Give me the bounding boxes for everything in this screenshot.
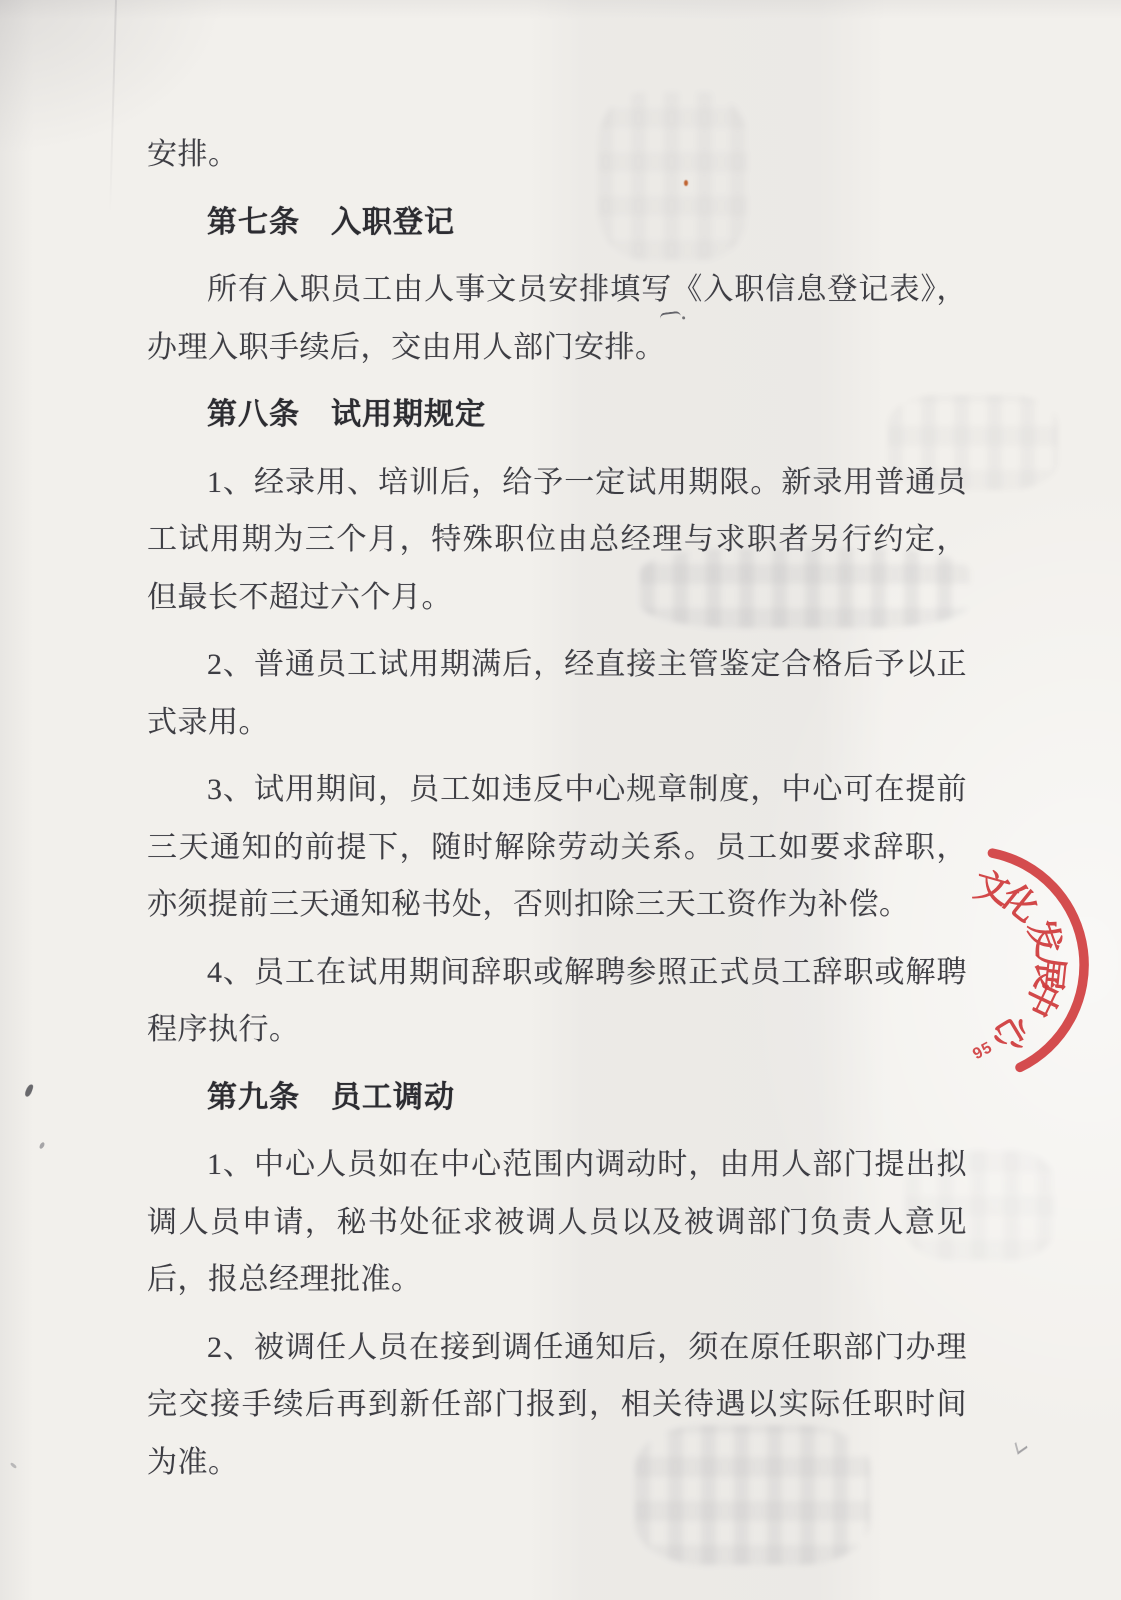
article-heading: 第九条 员工调动	[147, 1069, 967, 1127]
article-heading: 第七条 入职登记	[147, 194, 967, 252]
article-heading: 第八条 试用期规定	[147, 386, 967, 444]
document-paragraph: 2、被调任人员在接到调任通知后，须在原任职部门办理完交接手续后再到新任部门报到，…	[147, 1319, 967, 1492]
scan-speck	[24, 1083, 34, 1097]
document-paragraph: 安排。	[147, 126, 967, 184]
company-stamp: 95 文化发展中心	[870, 820, 1121, 1100]
document-paragraph: 所有入职员工由人事文员安排填写《入职信息登记表》，办理入职手续后，交由用人部门安…	[147, 261, 967, 376]
document-content: 安排。第七条 入职登记所有入职员工由人事文员安排填写《入职信息登记表》，办理入职…	[147, 126, 967, 1501]
document-paragraph: 1、经录用、培训后，给予一定试用期限。新录用普通员工试用期为三个月，特殊职位由总…	[147, 454, 967, 627]
document-paragraph: 4、员工在试用期间辞职或解聘参照正式员工辞职或解聘程序执行。	[147, 944, 967, 1059]
document-paragraph: 1、中心人员如在中心范围内调动时，由用人部门提出拟调人员申请，秘书处征求被调人员…	[147, 1136, 967, 1309]
stamp-number: 95	[970, 1039, 995, 1063]
scan-speck	[39, 1141, 46, 1149]
stamp-character: 发	[1020, 915, 1069, 961]
page-background: 安排。第七条 入职登记所有入职员工由人事文员安排填写《入职信息登记表》，办理入职…	[0, 0, 1121, 1600]
scanned-page: { "page": { "type": "scanned-document-pa…	[0, 0, 1121, 1600]
scan-speck	[10, 1462, 17, 1469]
document-paragraph: 2、普通员工试用期满后，经直接主管鉴定合格后予以正式录用。	[147, 636, 967, 751]
scan-speck	[684, 180, 688, 186]
paper-crease	[109, 0, 117, 215]
scan-speck	[1015, 1436, 1028, 1454]
document-paragraph: 3、试用期间，员工如违反中心规章制度，中心可在提前三天通知的前提下，随时解除劳动…	[147, 761, 967, 934]
